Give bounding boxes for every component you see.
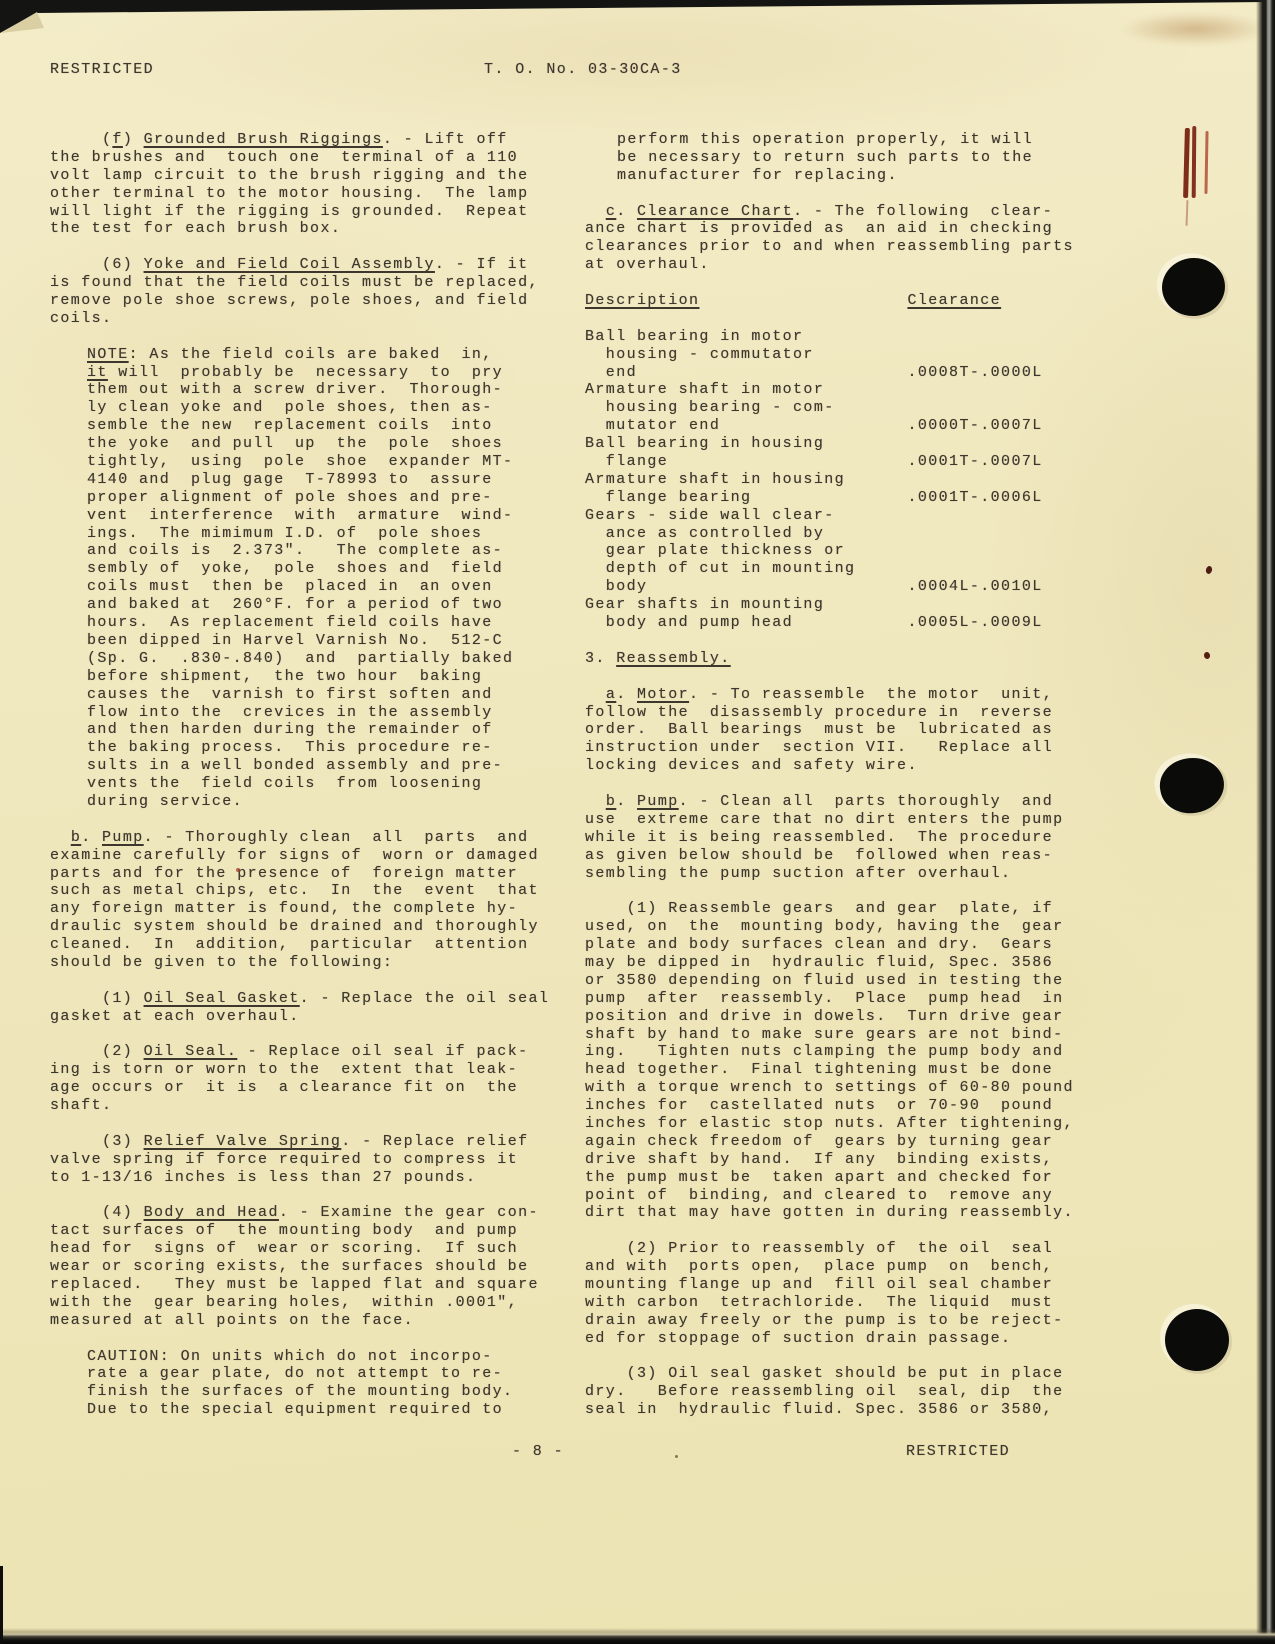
text-line: rate a gear plate, do not attempt to re- [87,1365,555,1383]
text-segment: vent interference with armature wind- [87,507,513,524]
text-segment: the brushes and touch one terminal of a … [50,149,518,166]
text-line: Description Clearance [585,292,1090,310]
text-line: housing bearing - com- [585,399,1090,417]
paragraph: b. Pump. - Thoroughly clean all parts an… [50,829,555,972]
ink-speck [236,868,240,872]
text-segment: at overhaul. [585,256,710,273]
text-line: ed for stoppage of suction drain passage… [585,1330,1090,1348]
text-segment: NOTE [87,346,129,363]
text-line: body .0004L-.0010L [585,578,1090,596]
text-line: with the gear bearing holes, within .000… [50,1294,555,1312]
text-line: Ball bearing in motor [585,328,1090,346]
text-segment [585,203,606,220]
text-segment: examine carefully for signs of worn or d… [50,847,539,864]
text-segment: : As the field coils are baked in, [129,346,493,363]
punch-hole [1165,1309,1229,1371]
text-segment: measured at all points on the face. [50,1312,414,1329]
text-line: volt lamp circuit to the brush rigging a… [50,167,555,185]
text-segment: inches for castellated nuts or 70-90 pou… [585,1097,1053,1114]
text-segment: locking devices and safety wire. [585,757,918,774]
paragraph: (3) Relief Valve Spring. - Replace relie… [50,1133,555,1187]
text-line: examine carefully for signs of worn or d… [50,847,555,865]
text-segment: Oil Seal Gasket [144,990,300,1007]
text-segment: semble the new replacement coils into [87,417,493,434]
text-line: dirt that may have gotten in during reas… [585,1204,1090,1222]
text-line: may be dipped in hydraulic fluid, Spec. … [585,954,1090,972]
text-segment: order. Ball bearings must be lubricated … [585,721,1053,738]
text-line: the pump must be taken apart and checked… [585,1169,1090,1187]
text-segment: Armature shaft in motor [585,381,824,398]
text-line: ings. The mimimum I.D. of pole shoes [87,525,555,543]
text-segment: . [81,829,102,846]
text-line: ance as controlled by [585,525,1090,543]
text-line: to 1-13/16 inches is less than 27 pounds… [50,1169,555,1187]
text-segment [585,793,606,810]
text-segment: use extreme care that no dirt enters the… [585,811,1063,828]
text-line: use extreme care that no dirt enters the… [585,811,1090,829]
text-line: during service. [87,793,555,811]
text-line: c. Clearance Chart. - The following clea… [585,203,1090,221]
text-segment: while it is being reassembled. The proce… [585,829,1053,846]
text-line: any foreign matter is found, the complet… [50,900,555,918]
text-segment: flow into the crevices in the assembly [87,704,493,721]
text-segment: such as metal chips, etc. In the event t… [50,882,539,899]
text-line: with a torque wrench to settings of 60-8… [585,1079,1090,1097]
text-segment: during service. [87,793,243,810]
text-segment: . - Replace the oil seal [300,990,550,1007]
text-segment: parts and for the presence of foreign ma… [50,865,518,882]
text-segment: . - Clean all parts thoroughly and [679,793,1053,810]
text-line: drive shaft by hand. If any binding exis… [585,1151,1090,1169]
text-segment: the baking process. This procedure re- [87,739,493,756]
text-segment: finish the surfaces of the mounting body… [87,1383,513,1400]
text-segment: 4140 and plug gage T-78993 to assure [87,471,493,488]
text-segment: used, on the mounting body, having the g… [585,918,1063,935]
footer-classification: RESTRICTED [906,1443,1010,1461]
text-segment: draulic system should be drained and tho… [50,918,539,935]
text-line: coils must then be placed in an oven [87,578,555,596]
text-segment: (2) Prior to reassembly of the oil seal [585,1240,1053,1257]
text-segment: (2) [50,1043,144,1060]
text-segment: a [606,686,616,703]
text-segment: before shipment, the two hour baking [87,668,482,685]
red-pencil-mark [1192,126,1197,198]
text-segment: pump after reassembly. Place pump head i… [585,990,1063,1007]
text-segment: shaft. [50,1097,112,1114]
right-text-column: perform this operation properly, it will… [585,131,1090,1437]
text-segment: (1) Reassemble gears and gear plate, if [585,900,1053,917]
text-segment: point of binding, and cleared to remove … [585,1187,1053,1204]
text-segment: flange .0001T-.0007L [585,453,1043,470]
text-line: point of binding, and cleared to remove … [585,1187,1090,1205]
text-line: and with ports open, place pump on bench… [585,1258,1090,1276]
text-line: at overhaul. [585,256,1090,274]
text-line: Gear shafts in mounting [585,596,1090,614]
text-segment: (3) [50,1133,144,1150]
text-segment: drain away freely or the pump is to be r… [585,1312,1063,1329]
left-text-column: (f) Grounded Brush Riggings. - Lift offt… [50,131,555,1437]
text-line: sembly of yoke, pole shoes and field [87,560,555,578]
text-line: head for signs of wear or scoring. If su… [50,1240,555,1258]
paragraph: Description Clearance [585,292,1090,310]
text-segment: flange bearing .0001T-.0006L [585,489,1043,506]
text-line: the yoke and pull up the pole shoes [87,435,555,453]
text-segment: gasket at each overhaul. [50,1008,300,1025]
text-line: 3. Reassembly. [585,650,1090,668]
text-segment: perform this operation properly, it will [617,131,1033,148]
text-line: Ball bearing in housing [585,435,1090,453]
text-segment: hours. As replacement field coils have [87,614,493,631]
header-classification: RESTRICTED [50,61,154,79]
text-segment: . [616,686,637,703]
text-segment: or 3580 depending on fluid used in testi… [585,972,1063,989]
text-segment: 3. [585,650,616,667]
text-line: will light if the rigging is grounded. R… [50,203,555,221]
text-segment: to 1-13/16 inches is less than 27 pounds… [50,1169,476,1186]
text-segment: (1) [50,990,144,1007]
text-segment: inches for elastic stop nuts. After tigh… [585,1115,1074,1132]
text-segment: and with ports open, place pump on bench… [585,1258,1053,1275]
text-segment: coils must then be placed in an oven [87,578,493,595]
text-segment: causes the varnish to first soften and [87,686,493,703]
text-segment: replaced. They must be lapped flat and s… [50,1276,539,1293]
text-segment: is found that the field coils must be re… [50,274,539,291]
text-line: be necessary to return such parts to the [617,149,1090,167]
text-segment: f [112,131,122,148]
text-segment: . - Replace relief [341,1133,528,1150]
text-line: replaced. They must be lapped flat and s… [50,1276,555,1294]
text-line: measured at all points on the face. [50,1312,555,1330]
text-segment: ance as controlled by [585,525,824,542]
text-segment: with carbon tetrachloride. The liquid mu… [585,1294,1053,1311]
text-segment: (3) Oil seal gasket should be put in pla… [585,1365,1063,1382]
scanned-page-background: RESTRICTED T. O. No. 03-30CA-3 (f) Groun… [0,0,1275,1644]
footer-page-number: - 8 - [512,1443,564,1461]
text-segment: Armature shaft in housing [585,471,845,488]
text-segment: and baked at 260°F. for a period of two [87,596,503,613]
paragraph: (3) Oil seal gasket should be put in pla… [585,1365,1090,1419]
paragraph: CAUTION: On units which do not incorpo-r… [87,1348,555,1420]
text-line: head together. Final tightening must be … [585,1061,1090,1079]
text-segment: manufacturer for replacing. [617,167,898,184]
text-segment: housing bearing - com- [585,399,835,416]
paragraph: (1) Oil Seal Gasket. - Replace the oil s… [50,990,555,1026]
text-line: is found that the field coils must be re… [50,274,555,292]
text-segment: ing is torn or worn to the extent that l… [50,1061,518,1078]
text-line: gear plate thickness or [585,542,1090,560]
text-segment: housing - commutator [585,346,814,363]
text-segment: . - Thoroughly clean all parts and [144,829,529,846]
text-line: ance chart is provided as an aid in chec… [585,220,1090,238]
text-line: and baked at 260°F. for a period of two [87,596,555,614]
text-segment: ing. Tighten nuts clamping the pump body… [585,1043,1063,1060]
text-line: before shipment, the two hour baking [87,668,555,686]
text-line: CAUTION: On units which do not incorpo- [87,1348,555,1366]
text-line: age occurs or it is a clearance fit on t… [50,1079,555,1097]
text-segment: b [606,793,616,810]
text-segment: clearances prior to and when reassemblin… [585,238,1074,255]
text-segment: . [616,793,637,810]
text-line: it will probably be necessary to pry [87,364,555,382]
text-segment: sembly of yoke, pole shoes and field [87,560,503,577]
text-segment: CAUTION: On units which do not incorpo- [87,1348,493,1365]
text-line: inches for elastic stop nuts. After tigh… [585,1115,1090,1133]
paragraph: a. Motor. - To reassemble the motor unit… [585,686,1090,775]
text-line: tact surfaces of the mounting body and p… [50,1222,555,1240]
text-segment: Reassembly. [616,650,730,667]
text-line: shaft. [50,1097,555,1115]
text-segment: be necessary to return such parts to the [617,149,1033,166]
text-segment: follow the disassembly procedure in reve… [585,704,1053,721]
paper-stain [1120,12,1270,46]
text-line: (f) Grounded Brush Riggings. - Lift off [50,131,555,149]
text-line: perform this operation properly, it will [617,131,1090,149]
text-segment: mounting flange up and fill oil seal cha… [585,1276,1053,1293]
text-segment: them out with a screw driver. Thorough- [87,381,503,398]
text-segment: Ball bearing in motor [585,328,803,345]
text-segment: tact surfaces of the mounting body and p… [50,1222,518,1239]
text-segment: been dipped in Harvel Varnish No. 512-C [87,632,503,649]
text-segment: as given below should be followed when r… [585,847,1053,864]
text-line: ing is torn or worn to the extent that l… [50,1061,555,1079]
text-segment: with a torque wrench to settings of 60-8… [585,1079,1074,1096]
paragraph: (4) Body and Head. - Examine the gear co… [50,1204,555,1329]
text-segment: Pump [102,829,144,846]
text-segment: ance chart is provided as an aid in chec… [585,220,1053,237]
text-segment: should be given to the following: [50,954,393,971]
text-line: remove pole shoe screws, pole shoes, and… [50,292,555,310]
paragraph: 3. Reassembly. [585,650,1090,668]
text-line: end .0008T-.0000L [585,364,1090,382]
text-line: used, on the mounting body, having the g… [585,918,1090,936]
text-segment: sults in a well bonded assembly and pre- [87,757,503,774]
paragraph: perform this operation properly, it will… [617,131,1090,185]
paragraph: (6) Yoke and Field Coil Assembly. - If i… [50,256,555,328]
text-line: (6) Yoke and Field Coil Assembly. - If i… [50,256,555,274]
text-line: plate and body surfaces clean and dry. G… [585,936,1090,954]
text-segment: body .0004L-.0010L [585,578,1043,595]
text-segment: age occurs or it is a clearance fit on t… [50,1079,518,1096]
text-segment: wear or scoring exists, the surfaces sho… [50,1258,528,1275]
text-line: Due to the special equipment required to [87,1401,555,1419]
text-segment: ings. The mimimum I.D. of pole shoes [87,525,482,542]
text-line: (4) Body and Head. - Examine the gear co… [50,1204,555,1222]
text-segment: Description [585,292,699,309]
text-segment: position and drive in dowels. Turn drive… [585,1008,1063,1025]
text-segment: body and pump head .0005L-.0009L [585,614,1043,631]
text-line: seal in hydraulic fluid. Spec. 3586 or 3… [585,1401,1090,1419]
text-segment: b [71,829,81,846]
text-segment: . - The following clear- [793,203,1053,220]
text-segment: valve spring if force required to compre… [50,1151,518,1168]
text-segment: Clearance [907,292,1001,309]
text-line: with carbon tetrachloride. The liquid mu… [585,1294,1090,1312]
text-segment: and then harden during the remainder of [87,721,493,738]
text-line: mutator end .0000T-.0007L [585,417,1090,435]
text-line: the baking process. This procedure re- [87,739,555,757]
text-segment [50,829,71,846]
text-segment: seal in hydraulic fluid. Spec. 3586 or 3… [585,1401,1053,1418]
text-line: semble the new replacement coils into [87,417,555,435]
text-segment: ( [50,131,112,148]
text-line: been dipped in Harvel Varnish No. 512-C [87,632,555,650]
text-line: them out with a screw driver. Thorough- [87,381,555,399]
page-edge-right [1256,0,1275,1644]
text-segment: dry. Before reassembling oil seal, dip t… [585,1383,1063,1400]
text-segment: Oil Seal. [144,1043,238,1060]
text-line: Armature shaft in housing [585,471,1090,489]
text-segment: and coils is 2.373". The complete as- [87,542,503,559]
text-segment: the test for each brush box. [50,220,341,237]
text-line: housing - commutator [585,346,1090,364]
text-line: valve spring if force required to compre… [50,1151,555,1169]
text-segment: Pump [637,793,679,810]
text-line: tightly, using pole shoe expander MT- [87,453,555,471]
ink-speck [675,1455,678,1458]
text-line: the brushes and touch one terminal of a … [50,149,555,167]
text-line: (2) Oil Seal. - Replace oil seal if pack… [50,1043,555,1061]
paragraph: (1) Reassemble gears and gear plate, ifu… [585,900,1090,1222]
text-line: Armature shaft in motor [585,381,1090,399]
text-line: 4140 and plug gage T-78993 to assure [87,471,555,489]
text-segment: rate a gear plate, do not attempt to re- [87,1365,503,1382]
paragraph: (2) Prior to reassembly of the oil seala… [585,1240,1090,1347]
page-edge-bottom [0,1628,1275,1644]
text-line: and coils is 2.373". The complete as- [87,542,555,560]
text-line: ing. Tighten nuts clamping the pump body… [585,1043,1090,1061]
text-line: (1) Reassemble gears and gear plate, if [585,900,1090,918]
text-line: or 3580 depending on fluid used in testi… [585,972,1090,990]
text-segment: instruction under section VII. Replace a… [585,739,1053,756]
text-segment: tightly, using pole shoe expander MT- [87,453,513,470]
text-segment: ed for stoppage of suction drain passage… [585,1330,1011,1347]
text-line: (Sp. G. .830-.840) and partially baked [87,650,555,668]
text-segment: . - Examine the gear con- [279,1204,539,1221]
text-segment: Gears - side wall clear- [585,507,835,524]
text-segment: depth of cut in mounting [585,560,855,577]
text-line: shaft by hand to make sure gears are not… [585,1026,1090,1044]
text-line: Gears - side wall clear- [585,507,1090,525]
text-line: follow the disassembly procedure in reve… [585,704,1090,722]
text-segment: it [87,364,108,381]
text-line: parts and for the presence of foreign ma… [50,865,555,883]
text-line: other terminal to the motor housing. The… [50,185,555,203]
text-line: hours. As replacement field coils have [87,614,555,632]
text-segment: . [616,203,637,220]
text-line: (3) Relief Valve Spring. - Replace relie… [50,1133,555,1151]
text-segment: cleaned. In addition, particular attenti… [50,936,528,953]
text-segment: Ball bearing in housing [585,435,824,452]
text-segment: any foreign matter is found, the complet… [50,900,518,917]
text-segment: again check freedom of gears by turning … [585,1133,1053,1150]
text-segment: . - If it [435,256,529,273]
text-segment: Yoke and Field Coil Assembly [144,256,435,273]
text-line: causes the varnish to first soften and [87,686,555,704]
text-line: body and pump head .0005L-.0009L [585,614,1090,632]
text-line: locking devices and safety wire. [585,757,1090,775]
text-line: proper alignment of pole shoes and pre- [87,489,555,507]
text-line: pump after reassembly. Place pump head i… [585,990,1090,1008]
text-segment: (4) [50,1204,144,1221]
text-line: position and drive in dowels. Turn drive… [585,1008,1090,1026]
text-segment: Relief Valve Spring [144,1133,342,1150]
text-segment: gear plate thickness or [585,542,845,559]
header-doc-number: T. O. No. 03-30CA-3 [484,61,682,79]
text-segment: shaft by hand to make sure gears are not… [585,1026,1063,1043]
page-edge-left [0,1566,3,1644]
text-line: and then harden during the remainder of [87,721,555,739]
text-segment: the pump must be taken apart and checked… [585,1169,1053,1186]
text-segment [699,292,907,309]
text-segment: plate and body surfaces clean and dry. G… [585,936,1053,953]
text-line: vent interference with armature wind- [87,507,555,525]
text-segment: head together. Final tightening must be … [585,1061,1053,1078]
text-segment: mutator end .0000T-.0007L [585,417,1043,434]
text-line: flange bearing .0001T-.0006L [585,489,1090,507]
text-line: b. Pump. - Clean all parts thoroughly an… [585,793,1090,811]
text-line: flange .0001T-.0007L [585,453,1090,471]
text-line: cleaned. In addition, particular attenti… [50,936,555,954]
text-line: finish the surfaces of the mounting body… [87,1383,555,1401]
text-line: again check freedom of gears by turning … [585,1133,1090,1151]
text-segment: sembling the pump suction after overhaul… [585,865,1011,882]
text-line: depth of cut in mounting [585,560,1090,578]
text-segment: volt lamp circuit to the brush rigging a… [50,167,528,184]
text-line: draulic system should be drained and tho… [50,918,555,936]
text-segment: dirt that may have gotten in during reas… [585,1204,1074,1221]
text-line: coils. [50,310,555,328]
paragraph: b. Pump. - Clean all parts thoroughly an… [585,793,1090,882]
text-line: vents the field coils from loosening [87,775,555,793]
text-segment: the yoke and pull up the pole shoes [87,435,503,452]
text-line: NOTE: As the field coils are baked in, [87,346,555,364]
text-segment: end .0008T-.0000L [585,364,1043,381]
paragraph: c. Clearance Chart. - The following clea… [585,203,1090,275]
text-line: drain away freely or the pump is to be r… [585,1312,1090,1330]
text-segment: (Sp. G. .830-.840) and partially baked [87,650,513,667]
text-segment: with the gear bearing holes, within .000… [50,1294,518,1311]
text-line: a. Motor. - To reassemble the motor unit… [585,686,1090,704]
text-line: instruction under section VII. Replace a… [585,739,1090,757]
text-segment: Gear shafts in mounting [585,596,824,613]
text-line: such as metal chips, etc. In the event t… [50,882,555,900]
text-segment: Due to the special equipment required to [87,1401,503,1418]
text-segment: - Replace oil seal if pack- [237,1043,528,1060]
text-segment: ) [123,131,144,148]
text-segment: . - Lift off [383,131,508,148]
text-segment: vents the field coils from loosening [87,775,482,792]
text-segment: remove pole shoe screws, pole shoes, and… [50,292,528,309]
text-line: inches for castellated nuts or 70-90 pou… [585,1097,1090,1115]
text-segment: Motor [637,686,689,703]
text-segment: drive shaft by hand. If any binding exis… [585,1151,1053,1168]
text-line: b. Pump. - Thoroughly clean all parts an… [50,829,555,847]
text-line: dry. Before reassembling oil seal, dip t… [585,1383,1090,1401]
text-line: order. Ball bearings must be lubricated … [585,721,1090,739]
text-line: the test for each brush box. [50,220,555,238]
paragraph: Ball bearing in motor housing - commutat… [585,328,1090,632]
text-segment: ly clean yoke and pole shoes, then as- [87,399,493,416]
paragraph: (2) Oil Seal. - Replace oil seal if pack… [50,1043,555,1115]
text-segment: c [606,203,616,220]
paragraph: (f) Grounded Brush Riggings. - Lift offt… [50,131,555,238]
text-segment: will probably be necessary to pry [108,364,503,381]
text-line: as given below should be followed when r… [585,847,1090,865]
text-line: clearances prior to and when reassemblin… [585,238,1090,256]
text-segment: head for signs of wear or scoring. If su… [50,1240,518,1257]
text-line: sults in a well bonded assembly and pre- [87,757,555,775]
text-line: (2) Prior to reassembly of the oil seal [585,1240,1090,1258]
